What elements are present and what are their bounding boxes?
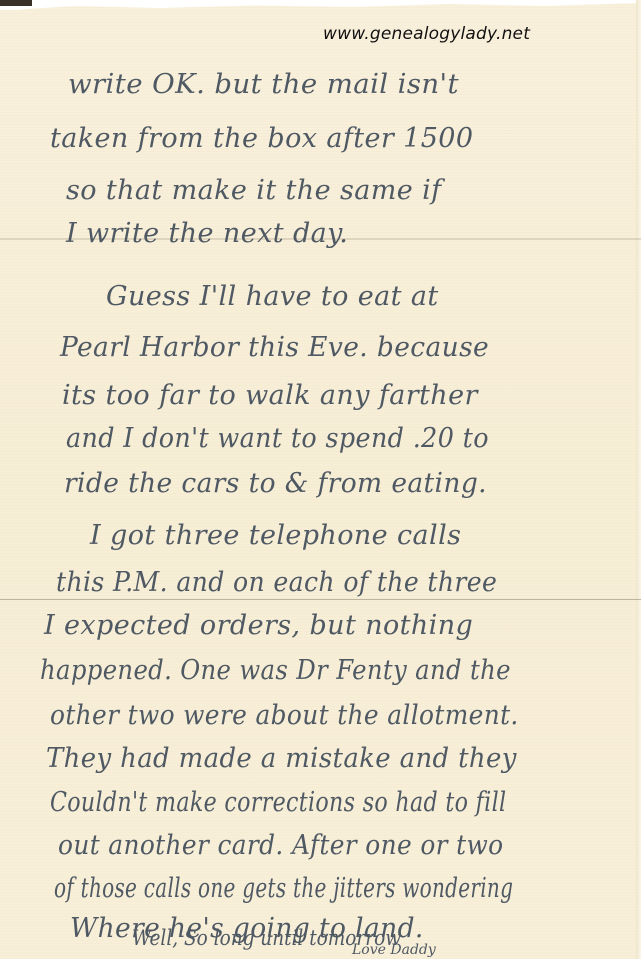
- letter-line: Guess I'll have to eat at: [106, 281, 439, 312]
- letter-line: other two were about the allotment.: [50, 700, 519, 731]
- letter-line: I write the next day.: [66, 218, 348, 249]
- paper-fold-line: [0, 599, 641, 600]
- letter-line: its too far to walk any farther: [62, 380, 478, 411]
- letter-line: happened. One was Dr Fenty and the: [40, 655, 511, 686]
- letter-page: www.genealogylady.net write OK. but the …: [0, 0, 641, 959]
- letter-line: They had made a mistake and they: [46, 743, 517, 774]
- letter-line: I expected orders, but nothing: [44, 610, 473, 641]
- letter-line: taken from the box after 1500: [50, 123, 473, 154]
- signature: Love Daddy: [352, 942, 436, 958]
- scan-corner-shadow: [0, 0, 32, 6]
- torn-top-edge: [0, 0, 641, 10]
- letter-line: Couldn't make corrections so had to fill: [50, 787, 506, 818]
- letter-line: Pearl Harbor this Eve. because: [60, 332, 489, 363]
- letter-line: write OK. but the mail isn't: [68, 69, 459, 100]
- paper-right-edge: [636, 0, 641, 959]
- letter-line: of those calls one gets the jitters wond…: [54, 873, 513, 904]
- letter-line: and I don't want to spend .20 to: [66, 423, 489, 454]
- watermark-url: www.genealogylady.net: [323, 24, 530, 44]
- letter-line: this P.M. and on each of the three: [56, 567, 497, 598]
- letter-line: out another card. After one or two: [58, 830, 503, 861]
- letter-line: I got three telephone calls: [90, 520, 461, 551]
- letter-line: ride the cars to & from eating.: [64, 468, 487, 499]
- letter-line: so that make it the same if: [66, 175, 442, 206]
